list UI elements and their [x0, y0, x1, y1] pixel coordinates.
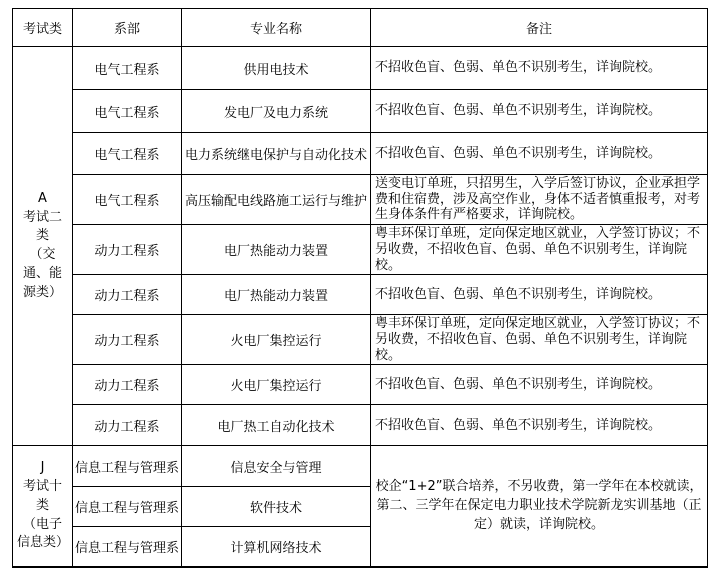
- major-cell: 电厂热能动力装置: [182, 225, 371, 275]
- admissions-table: 考试类 系部 专业名称 备注 A 考试二类 （交通、能源类） 电气工程系 供用电…: [12, 8, 708, 568]
- dept-cell: 信息工程与管理系: [73, 446, 182, 487]
- header-major: 专业名称: [182, 9, 371, 47]
- dept-cell: 电气工程系: [73, 133, 182, 175]
- table-row: J 考试十类 （电子信息类） 信息工程与管理系 信息安全与管理 校企“1+2”联…: [13, 446, 708, 487]
- major-cell: 供用电技术: [182, 47, 371, 90]
- remark-cell: 粤丰环保订单班，定向保定地区就业，入学签订协议；不另收费，不招收色盲、色弱、单色…: [371, 315, 708, 365]
- remark-cell: 粤丰环保订单班，定向保定地区就业，入学签订协议；不另收费，不招收色盲、色弱、单色…: [371, 225, 708, 275]
- remark-cell: 不招收色盲、色弱、单色不识别考生，详询院校。: [371, 133, 708, 175]
- merged-remark-cell: 校企“1+2”联合培养，不另收费，第一学年在本校就读，第二、三学年在保定电力职业…: [371, 446, 708, 567]
- major-cell: 信息安全与管理: [182, 446, 371, 487]
- remark-cell: 不招收色盲、色弱、单色不识别考生，详询院校。: [371, 275, 708, 315]
- major-cell: 软件技术: [182, 487, 371, 527]
- table-row: 动力工程系 火电厂集控运行 不招收色盲、色弱、单色不识别考生，详询院校。: [13, 365, 708, 405]
- table-row: 电气工程系 电力系统继电保护与自动化技术 不招收色盲、色弱、单色不识别考生，详询…: [13, 133, 708, 175]
- remark-cell: 不招收色盲、色弱、单色不识别考生，详询院校。: [371, 365, 708, 405]
- table-row: 电气工程系 高压输配电线路施工运行与维护 送变电订单班，只招男生，入学后签订协议…: [13, 175, 708, 225]
- dept-cell: 电气工程系: [73, 175, 182, 225]
- major-cell: 火电厂集控运行: [182, 365, 371, 405]
- major-cell: 电力系统继电保护与自动化技术: [182, 133, 371, 175]
- dept-cell: 信息工程与管理系: [73, 527, 182, 567]
- dept-cell: 信息工程与管理系: [73, 487, 182, 527]
- remark-cell: 不招收色盲、色弱、单色不识别考生，详询院校。: [371, 405, 708, 446]
- header-remark: 备注: [371, 9, 708, 47]
- major-cell: 电厂热能动力装置: [182, 275, 371, 315]
- dept-cell: 电气工程系: [73, 47, 182, 90]
- dept-cell: 电气工程系: [73, 90, 182, 133]
- dept-cell: 动力工程系: [73, 315, 182, 365]
- major-cell: 计算机网络技术: [182, 527, 371, 567]
- header-dept: 系部: [73, 9, 182, 47]
- exam-category-cell-j: J 考试十类 （电子信息类）: [13, 446, 73, 567]
- remark-cell: 不招收色盲、色弱、单色不识别考生，详询院校。: [371, 90, 708, 133]
- dept-cell: 动力工程系: [73, 365, 182, 405]
- header-exam-type: 考试类: [13, 9, 73, 47]
- table-row: 动力工程系 电厂热能动力装置 不招收色盲、色弱、单色不识别考生，详询院校。: [13, 275, 708, 315]
- major-cell: 火电厂集控运行: [182, 315, 371, 365]
- dept-cell: 动力工程系: [73, 225, 182, 275]
- table-row: 动力工程系 电厂热工自动化技术 不招收色盲、色弱、单色不识别考生，详询院校。: [13, 405, 708, 446]
- dept-cell: 动力工程系: [73, 275, 182, 315]
- table-row: A 考试二类 （交通、能源类） 电气工程系 供用电技术 不招收色盲、色弱、单色不…: [13, 47, 708, 90]
- table-row: 动力工程系 电厂热能动力装置 粤丰环保订单班，定向保定地区就业，入学签订协议；不…: [13, 225, 708, 275]
- major-cell: 高压输配电线路施工运行与维护: [182, 175, 371, 225]
- exam-category-cell-a: A 考试二类 （交通、能源类）: [13, 47, 73, 446]
- major-cell: 发电厂及电力系统: [182, 90, 371, 133]
- major-cell: 电厂热工自动化技术: [182, 405, 371, 446]
- header-row: 考试类 系部 专业名称 备注: [13, 9, 708, 47]
- table-row: 电气工程系 发电厂及电力系统 不招收色盲、色弱、单色不识别考生，详询院校。: [13, 90, 708, 133]
- table-row: 动力工程系 火电厂集控运行 粤丰环保订单班，定向保定地区就业，入学签订协议；不另…: [13, 315, 708, 365]
- remark-cell: 不招收色盲、色弱、单色不识别考生，详询院校。: [371, 47, 708, 90]
- remark-cell: 送变电订单班，只招男生，入学后签订协议，企业承担学费和住宿费，涉及高空作业，身体…: [371, 175, 708, 225]
- dept-cell: 动力工程系: [73, 405, 182, 446]
